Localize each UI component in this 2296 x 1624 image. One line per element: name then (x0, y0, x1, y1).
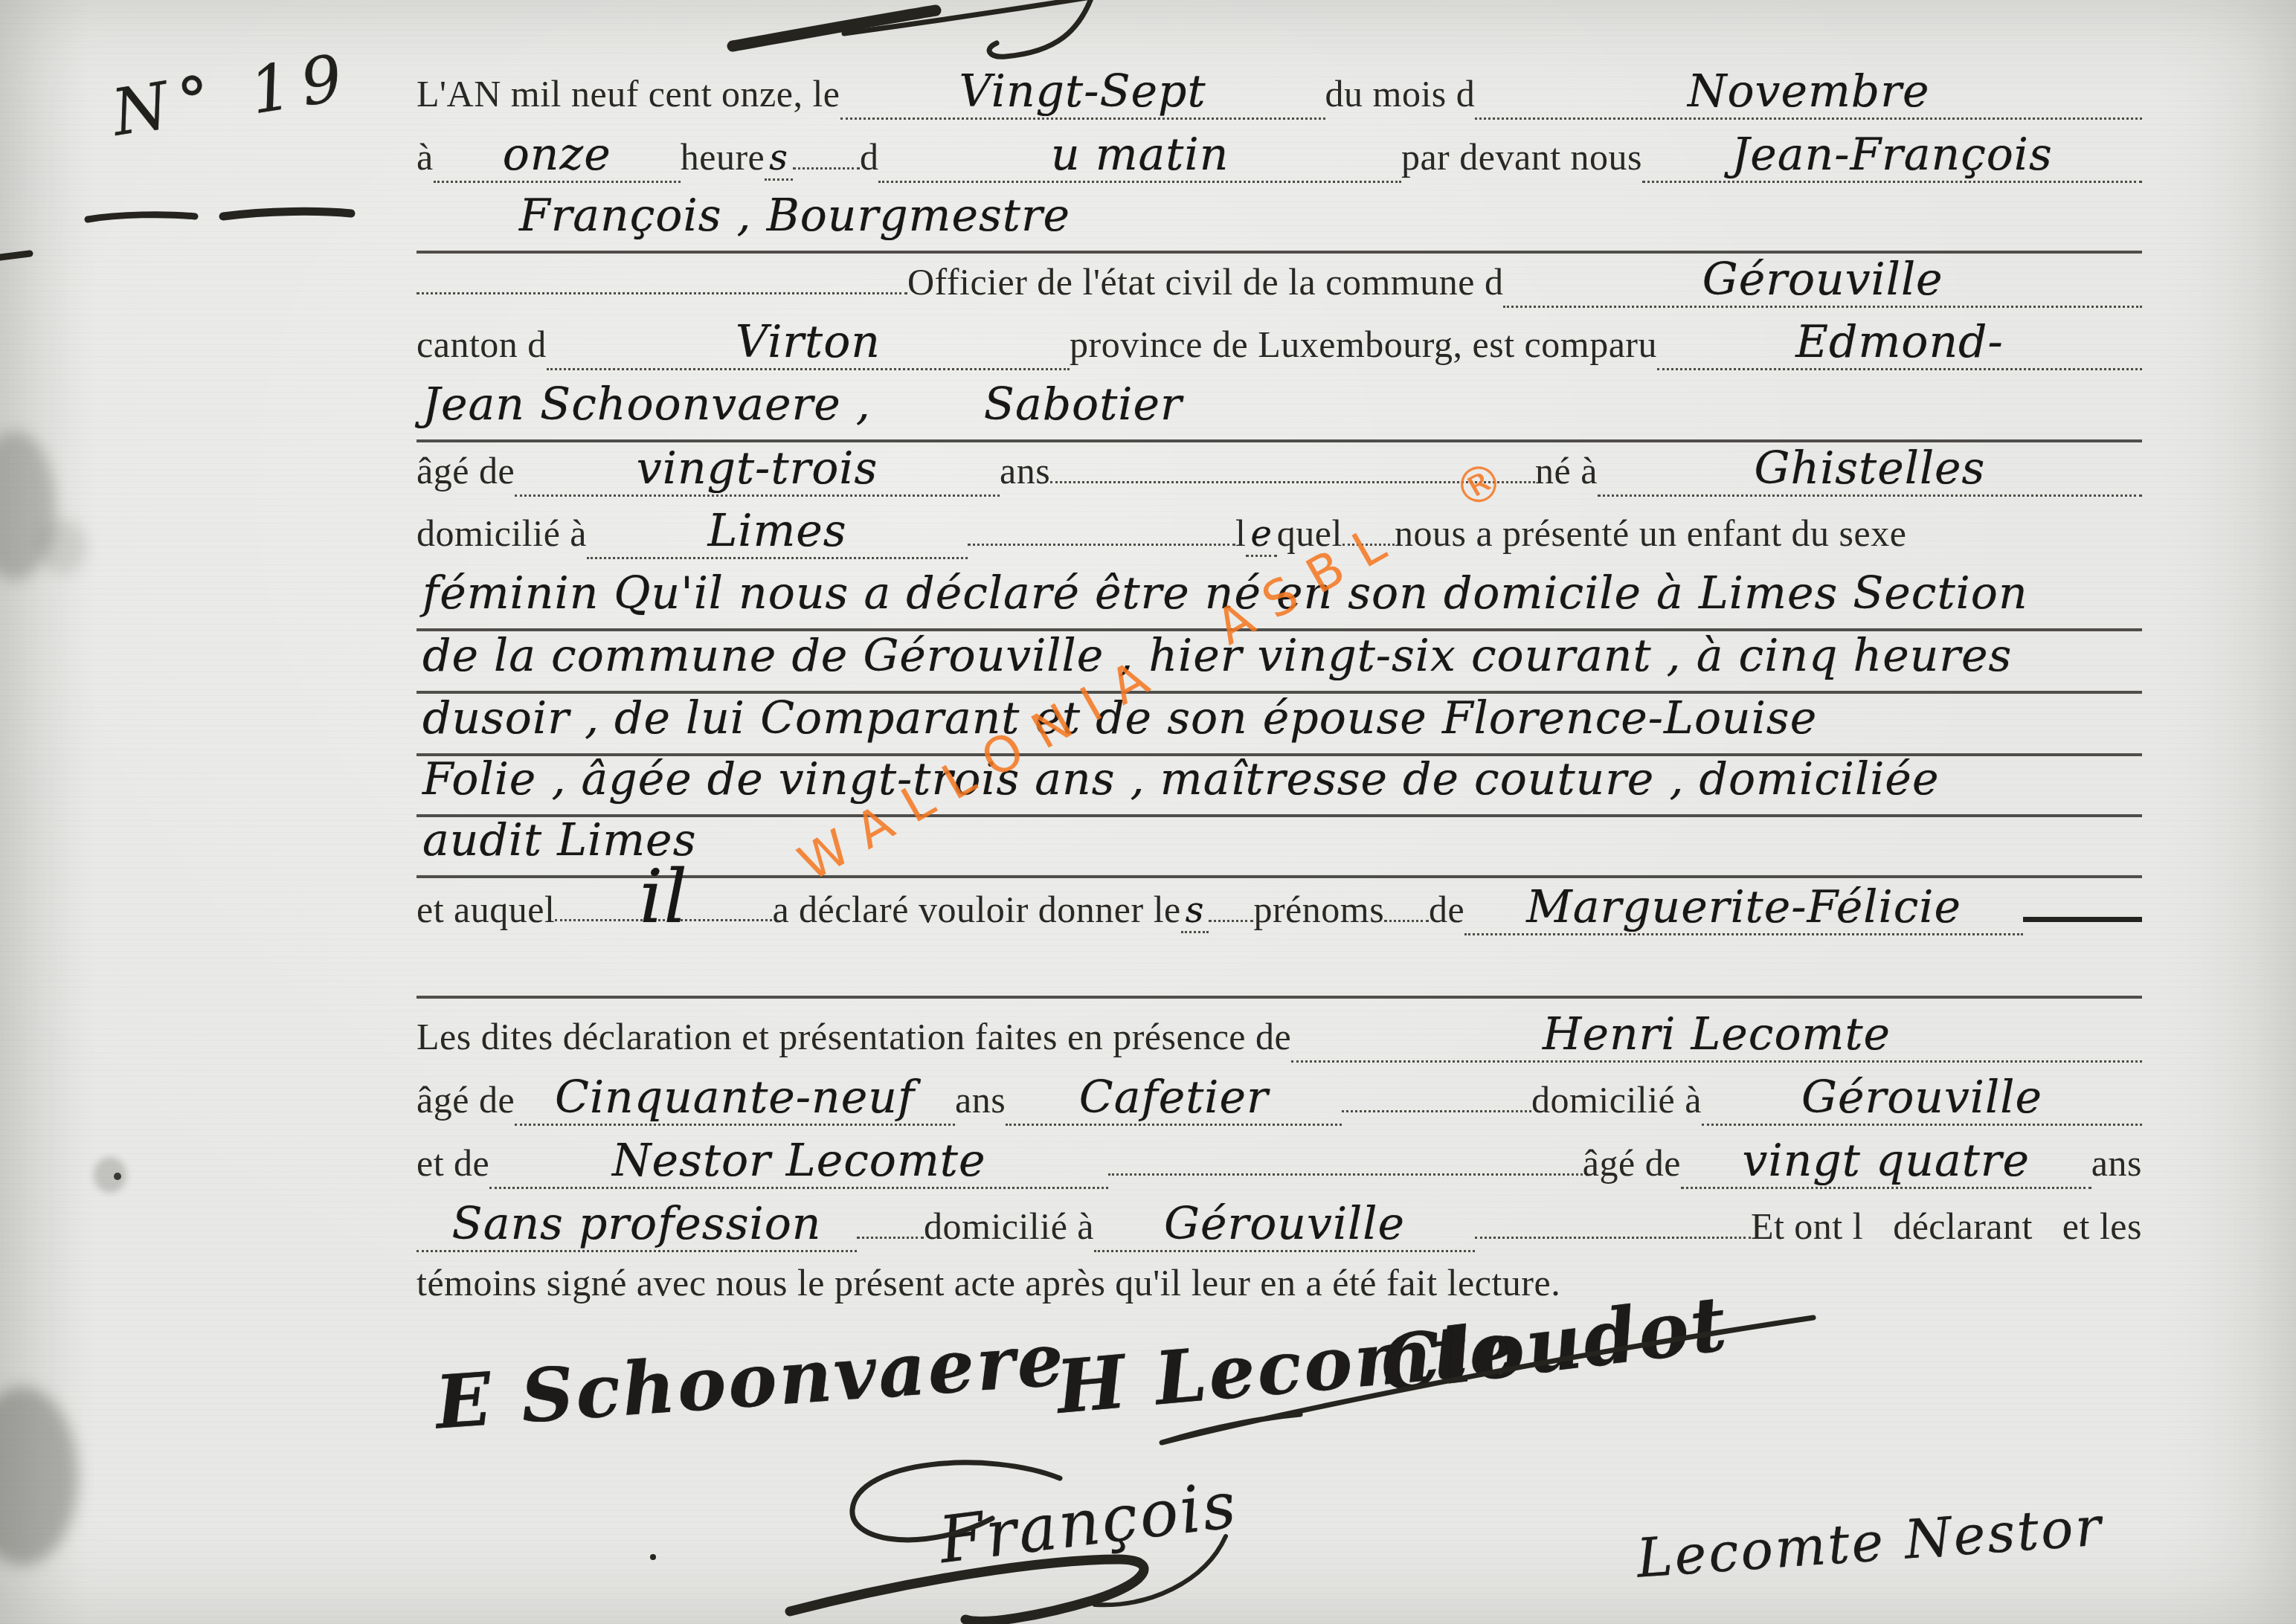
handwritten-declarant-firstname: Edmond- (1657, 316, 2142, 370)
ink-dash (2023, 917, 2142, 922)
margin-dash (88, 215, 195, 219)
handwritten-witness1-name: Henri Lecomte (1291, 1008, 2142, 1063)
handwritten-witness2-age: vingt quatre (1681, 1135, 2091, 1189)
handwritten-month: Novembre (1475, 65, 2142, 120)
dotted-leader (417, 292, 907, 294)
top-signature-remnant (844, 0, 1101, 33)
handwritten-il: il (555, 874, 772, 921)
dotted-leader (1384, 920, 1429, 922)
printed-text: ans (1000, 449, 1050, 492)
printed-text: a déclaré vouloir donner le (772, 888, 1180, 931)
handwritten-declarant-age: vingt-trois (515, 442, 1000, 497)
handwritten-witness1-profession: Cafetier (1006, 1072, 1342, 1126)
printed-text: d (860, 135, 879, 178)
handwritten-paragraph-line: Folie , âgée de vingt-trois ans , maître… (417, 753, 2142, 816)
handwritten-day: Vingt-Sept (840, 65, 1325, 120)
handwritten-declaration: Folie , âgée de vingt-trois ans , maître… (417, 753, 1951, 805)
form-line-closing: témoins signé avec nous le présent acte … (417, 1261, 2142, 1324)
printed-text: heure (681, 135, 765, 178)
handwritten-plural-s: s (1181, 889, 1209, 933)
form-line-witness2-domicile: Sans profession domicilié à Gérouville E… (417, 1198, 2142, 1260)
printed-text: prénoms (1253, 888, 1384, 931)
form-line-given-names: et auquel il a déclaré vouloir donner le… (417, 874, 2142, 952)
handwritten-witness2-profession: Sans profession (417, 1198, 857, 1252)
top-signature-remnant (733, 10, 936, 46)
printed-text: ans (955, 1078, 1006, 1121)
form-line-date: L'AN mil neuf cent onze, le Vingt-Sept d… (417, 65, 2142, 128)
blank-ruled-line (417, 956, 2142, 997)
act-number: N° 19 (107, 39, 358, 151)
handwritten-time-of-day: u matin (878, 129, 1401, 183)
handwritten-witness1-age: Cinquante-neuf (515, 1072, 955, 1126)
margin-dash (223, 211, 351, 216)
form-line-domicile: domicilié à Limes l e quel nous a présen… (417, 505, 2142, 567)
top-signature-hook (989, 0, 1093, 57)
handwritten-witness1-domicile: Gérouville (1702, 1072, 2142, 1126)
dotted-leader (1108, 1173, 1582, 1176)
printed-text: et les (2062, 1205, 2142, 1248)
paper-stain (94, 1157, 126, 1193)
form-line-witness1: âgé de Cinquante-neuf ans Cafetier domic… (417, 1072, 2142, 1134)
handwritten-paragraph-line: de la commune de Gérouville , hier vingt… (417, 630, 2142, 692)
printed-text: âgé de (1583, 1141, 1681, 1185)
handwritten-gender-letter: e (1246, 513, 1276, 557)
printed-text: domicilié à (417, 512, 587, 555)
handwritten-declarant-profession: Sabotier (972, 378, 1194, 431)
handwritten-declarant-birthplace: Ghistelles (1598, 442, 2142, 497)
printed-text: témoins signé avec nous le présent acte … (417, 1261, 1560, 1304)
dotted-leader (1342, 1110, 1531, 1112)
printed-text: canton d (417, 323, 547, 366)
handwritten-declarant-name: Jean Schoonvaere , (417, 378, 883, 431)
handwritten-witness2-name: Nestor Lecomte (489, 1135, 1108, 1189)
form-line-witness2: et de Nestor Lecomte âgé de vingt quatre… (417, 1135, 2142, 1197)
dotted-leader (1475, 1237, 1751, 1239)
dotted-leader (1209, 920, 1253, 922)
printed-text: Les dites déclaration et présentation fa… (417, 1015, 1291, 1058)
handwritten-witness2-domicile: Gérouville (1094, 1198, 1475, 1252)
handwritten-commune: Gérouville (1503, 254, 2142, 308)
form-line-age-birthplace: âgé de vingt-trois ans né à Ghistelles (417, 442, 2142, 505)
handwritten-officer-name: François , Bourgmestre (513, 190, 1082, 242)
handwritten-child-names: Marguerite-Félicie (1464, 881, 2023, 935)
dotted-leader (857, 1237, 924, 1239)
handwritten-paragraph-line: dusoir , de lui Comparant et de son épou… (417, 692, 2142, 755)
handwritten-plural-s: s (765, 137, 793, 181)
printed-text: et de (417, 1141, 489, 1185)
printed-text: et auquel (417, 888, 555, 931)
printed-text: L'AN mil neuf cent onze, le (417, 72, 840, 115)
form-line-witness-intro: Les dites déclaration et présentation fa… (417, 1008, 2142, 1071)
printed-text: province de Luxembourg, est comparu (1070, 323, 1657, 366)
paper-stain (0, 1387, 78, 1565)
form-line-commune: Officier de l'état civil de la commune d… (417, 254, 2142, 316)
printed-text: domicilié à (924, 1205, 1094, 1248)
printed-text: âgé de (417, 449, 515, 492)
printed-text: âgé de (417, 1078, 515, 1121)
paper-stain (39, 519, 86, 574)
handwritten-hour: onze (434, 129, 681, 183)
form-line-hour: à onze heure s d u matin par devant nous… (417, 129, 2142, 191)
dotted-leader (968, 544, 1235, 546)
scanned-birth-act: N° 19 L'AN mil neuf cent onze, le Vingt-… (0, 0, 2296, 1624)
printed-text: de (1429, 888, 1464, 931)
signature-lecomte-nestor: Lecomte Nestor (1635, 1495, 2105, 1590)
printed-text: par devant nous (1401, 135, 1642, 178)
form-line-officer: François , Bourgmestre (417, 190, 2142, 252)
ink-speck (650, 1554, 656, 1560)
printed-text: déclarant (1893, 1205, 2033, 1248)
printed-text: ans (2091, 1141, 2142, 1185)
printed-text: à (417, 135, 434, 178)
handwritten-canton: Virton (547, 316, 1070, 370)
form-line-declarant: Jean Schoonvaere , Sabotier (417, 378, 2142, 441)
dotted-leader (793, 167, 860, 170)
margin-dash (0, 254, 30, 257)
printed-text: du mois d (1325, 72, 1476, 115)
printed-text: l (1235, 512, 1246, 555)
handwritten-declarant-domicile: Limes (587, 505, 968, 559)
printed-text: domicilié à (1531, 1078, 1702, 1121)
form-line-canton: canton d Virton province de Luxembourg, … (417, 316, 2142, 378)
signature-schoonvaere: E Schoonvaere (433, 1317, 1068, 1446)
handwritten-officer-firstname: Jean-François (1642, 129, 2142, 183)
printed-text: Officier de l'état civil de la commune d (907, 260, 1503, 303)
signature-francois-mayor: François (935, 1468, 1241, 1578)
printed-text: né à (1535, 449, 1598, 492)
printed-text: Et ont l (1751, 1205, 1863, 1248)
